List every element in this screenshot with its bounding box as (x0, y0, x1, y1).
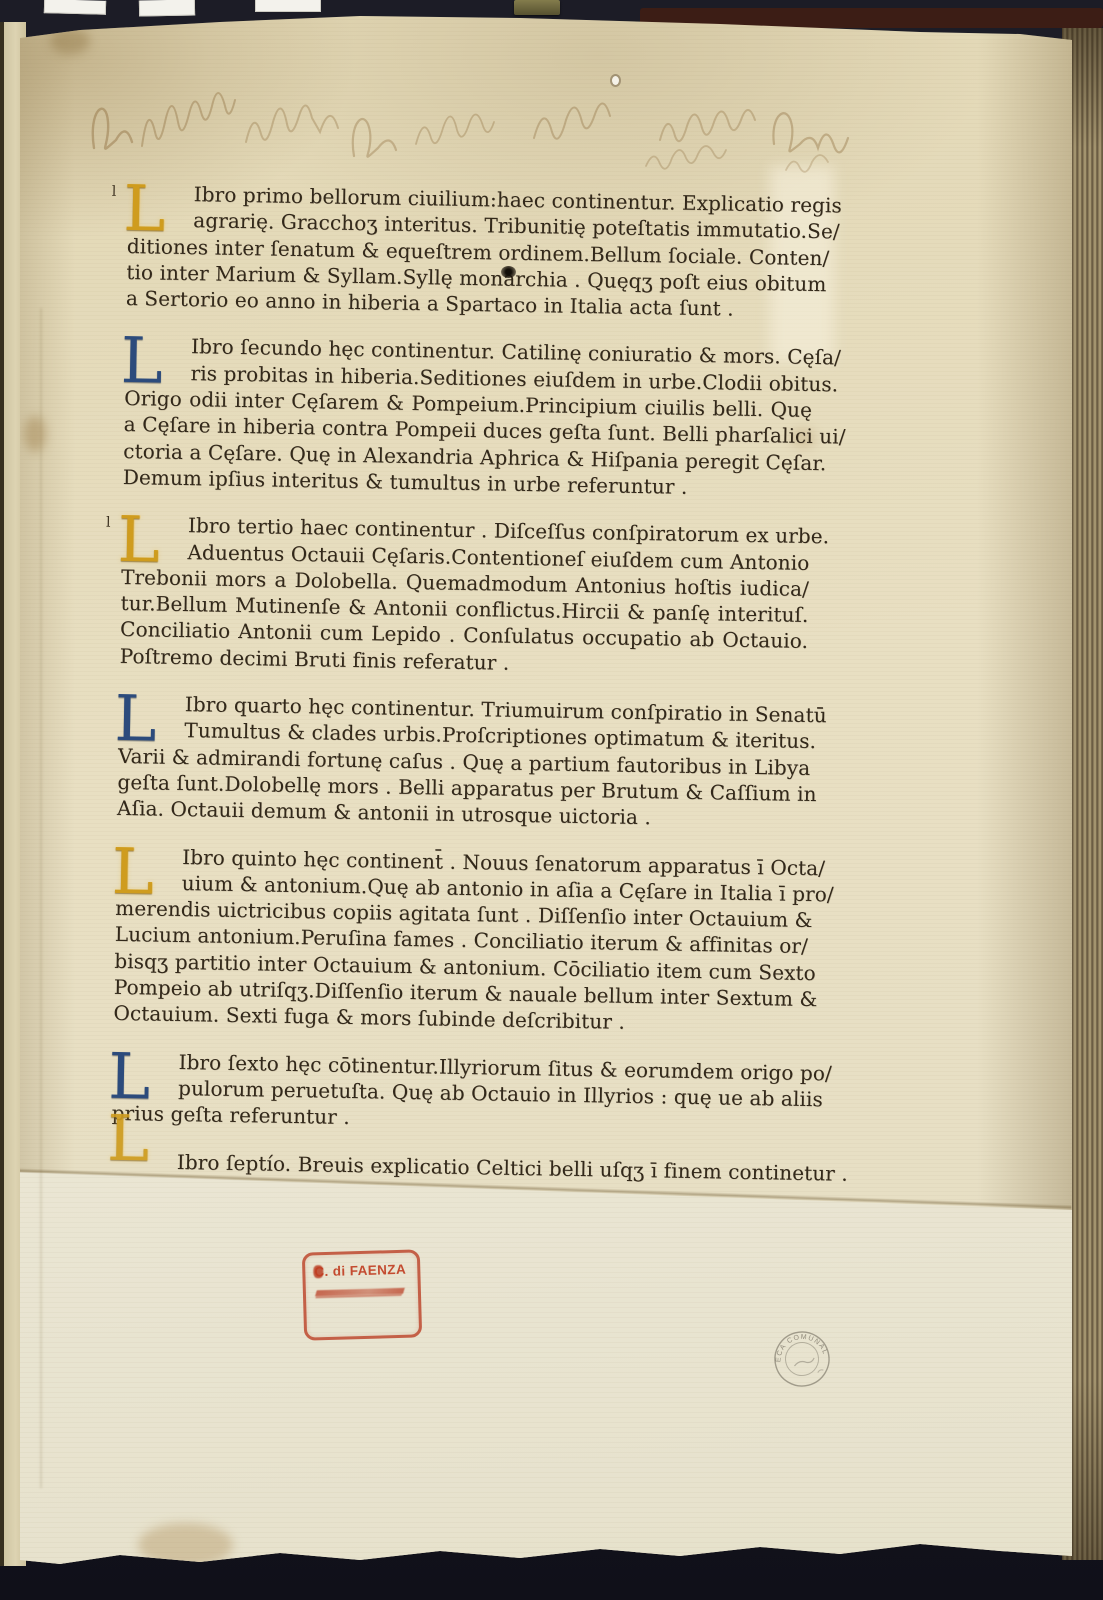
stain (138, 1523, 233, 1567)
paragraph: LIbro quarto hęc continentur. Triumuirum… (117, 690, 807, 833)
paragraph: LIbro ſecundo hęc continentur. Catilinę … (123, 332, 814, 502)
scan-background: lLIbro primo bellorum ciuilium:haec cont… (0, 0, 1103, 1600)
bookmark-slip (255, 0, 321, 12)
stamp-smudge (315, 1288, 405, 1297)
initial-letter: L (117, 513, 160, 568)
initial-letter: L (123, 182, 166, 237)
initial-letter: L (108, 1049, 151, 1104)
initial-letter: L (114, 692, 157, 747)
initial-letter: L (120, 334, 163, 389)
paragraph: lLIbro primo bellorum ciuilium:haec cont… (126, 180, 816, 323)
page-leaf: lLIbro primo bellorum ciuilium:haec cont… (20, 8, 1072, 1588)
bookmark-slip (139, 0, 195, 16)
guide-letter: l (106, 515, 111, 531)
clasp (514, 0, 560, 15)
stain (50, 28, 90, 54)
initial-letter: L (107, 1111, 150, 1166)
stain (24, 416, 46, 452)
text-block: lLIbro primo bellorum ciuilium:haec cont… (110, 180, 816, 1207)
paragraph: LIbro quinto hęc continent̄ . Nouus ſena… (113, 842, 804, 1038)
paragraph: lLIbro tertio haec continentur . Diſceſſ… (119, 511, 810, 681)
text-line: Ibro ſeptío. Breuis explicatio Celtici b… (111, 1147, 799, 1185)
paragraph: LIbro ſeptío. Breuis explicatio Celtici … (111, 1147, 799, 1185)
bookmark-slip (44, 0, 106, 15)
ink-blot (501, 266, 516, 278)
initial-letter: L (111, 844, 154, 899)
faenza-library-stamp: C. di FAENZA (302, 1249, 422, 1340)
guide-letter: l (112, 184, 117, 200)
stamp-text: C. di FAENZA (314, 1262, 406, 1280)
paper-hole (612, 76, 619, 85)
handwriting-inscription-icon (86, 62, 896, 177)
paragraph: LIbro ſexto hęc cōtinentur.Illyriorum ſi… (111, 1047, 800, 1138)
vertical-crease (40, 308, 42, 1488)
